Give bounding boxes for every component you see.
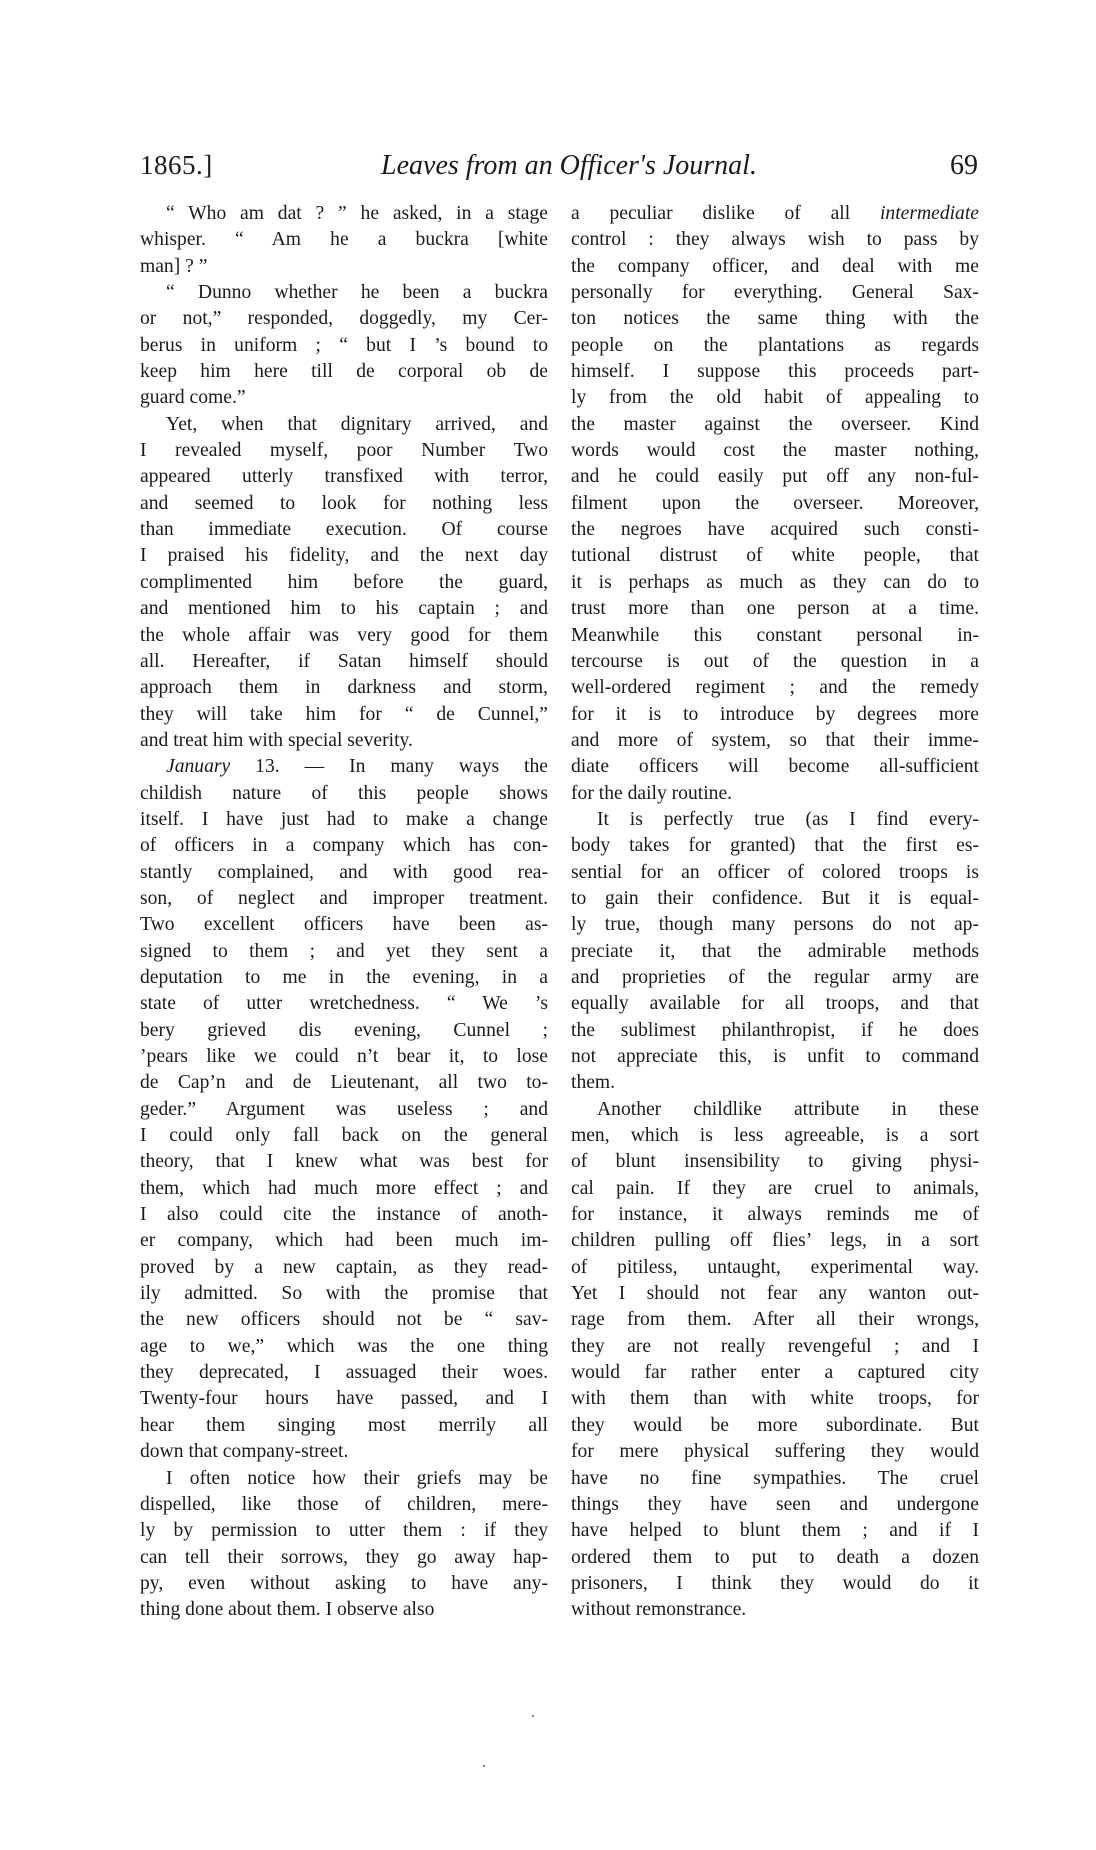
text-line: childish nature of this people shows <box>140 781 548 807</box>
text-line: they deprecated, I assuaged their woes. <box>140 1360 548 1386</box>
text-line: de Cap’n and de Lieutenant, all two to- <box>140 1070 548 1096</box>
text-line: rage from them. After all their wrongs, <box>571 1307 979 1333</box>
text-line: down that company-street. <box>140 1439 548 1465</box>
date-heading: January <box>166 756 230 777</box>
text-line: the company officer, and deal with me <box>571 254 979 280</box>
text-line: age to we,” which was the one thing <box>140 1334 548 1360</box>
text-line: stantly complained, and with good rea- <box>140 860 548 886</box>
text-line: trust more than one person at a time. <box>571 596 979 622</box>
text-line: have helped to blunt them ; and if I <box>571 1518 979 1544</box>
text-line: son, of neglect and improper treatment. <box>140 886 548 912</box>
text-line: keep him here till de corporal ob de <box>140 359 548 385</box>
text-line: Meanwhile this constant personal in- <box>571 623 979 649</box>
text-line: I could only fall back on the general <box>140 1123 548 1149</box>
text-line: control : they always wish to pass by <box>571 227 979 253</box>
text-line: of officers in a company which has con- <box>140 833 548 859</box>
text-line: or not,” responded, doggedly, my Cer- <box>140 306 548 332</box>
text-line: py, even without asking to have any- <box>140 1571 548 1597</box>
text-line: itself. I have just had to make a change <box>140 807 548 833</box>
running-header: 1865.] Leaves from an Officer's Journal.… <box>140 150 978 186</box>
text-line: children pulling off flies’ legs, in a s… <box>571 1228 979 1254</box>
text-line: proved by a new captain, as they read- <box>140 1255 548 1281</box>
emphasized-word: intermediate <box>880 203 979 224</box>
text-line: have no fine sympathies. The cruel <box>571 1466 979 1492</box>
text-line: geder.” Argument was useless ; and <box>140 1097 548 1123</box>
text-line: for the daily routine. <box>571 781 979 807</box>
text-line: men, which is less agreeable, is a sort <box>571 1123 979 1149</box>
page-number: 69 <box>950 150 978 182</box>
text-line: hear them singing most merrily all <box>140 1413 548 1439</box>
text-line: diate officers will become all-sufficien… <box>571 754 979 780</box>
text-line: the negroes have acquired such consti- <box>571 517 979 543</box>
text-line: sential for an officer of colored troops… <box>571 860 979 886</box>
left-column: “ Who am dat ? ” he asked, in a stagewhi… <box>140 201 548 1624</box>
text-line: for it is to introduce by degrees more <box>571 702 979 728</box>
text-line: guard come.” <box>140 385 548 411</box>
text-line: than immediate execution. Of course <box>140 517 548 543</box>
text-line: and seemed to look for nothing less <box>140 491 548 517</box>
text-line: deputation to me in the evening, in a <box>140 965 548 991</box>
text-line: prisoners, I think they would do it <box>571 1571 979 1597</box>
text-line: bery grieved dis evening, Cunnel ; <box>140 1018 548 1044</box>
text-line: they are not really revengeful ; and I <box>571 1334 979 1360</box>
text-line: tercourse is out of the question in a <box>571 649 979 675</box>
text-line: for mere physical suffering they would <box>571 1439 979 1465</box>
text-line: they would be more subordinate. But <box>571 1413 979 1439</box>
text-line: I also could cite the instance of anoth- <box>140 1202 548 1228</box>
text-line: I often notice how their griefs may be <box>140 1466 548 1492</box>
text-line: of pitiless, untaught, experimental way. <box>571 1255 979 1281</box>
text-line: tutional distrust of white people, that <box>571 543 979 569</box>
text-line: man] ? ” <box>140 254 548 280</box>
text-line: the master against the overseer. Kind <box>571 412 979 438</box>
text-line: would far rather enter a captured city <box>571 1360 979 1386</box>
text-line: personally for everything. General Sax- <box>571 280 979 306</box>
text-line: “ Who am dat ? ” he asked, in a stage <box>140 201 548 227</box>
text-line: and proprieties of the regular army are <box>571 965 979 991</box>
text-line: complimented him before the guard, <box>140 570 548 596</box>
scan-speck <box>532 1715 534 1717</box>
text-line: can tell their sorrows, they go away hap… <box>140 1545 548 1571</box>
text-line: Another childlike attribute in these <box>571 1097 979 1123</box>
text-line: ly from the old habit of appealing to <box>571 385 979 411</box>
text-line: things they have seen and undergone <box>571 1492 979 1518</box>
text-line: ily admitted. So with the promise that <box>140 1281 548 1307</box>
text-line: of blunt insensibility to giving physi- <box>571 1149 979 1175</box>
text-line: I praised his fidelity, and the next day <box>140 543 548 569</box>
text-line: ordered them to put to death a dozen <box>571 1545 979 1571</box>
text-line: appeared utterly transfixed with terror, <box>140 464 548 490</box>
text-line: it is perhaps as much as they can do to <box>571 570 979 596</box>
text-line: body takes for granted) that the first e… <box>571 833 979 859</box>
text-line: ly by permission to utter them : if they <box>140 1518 548 1544</box>
text-line: a peculiar dislike of all intermediate <box>571 201 979 227</box>
text-line: the sublimest philanthropist, if he does <box>571 1018 979 1044</box>
text-line: ly true, though many persons do not ap- <box>571 912 979 938</box>
text-line: thing done about them. I observe also <box>140 1597 548 1623</box>
text-line: and more of system, so that their imme- <box>571 728 979 754</box>
text-line: words would cost the master nothing, <box>571 438 979 464</box>
text-line: cal pain. If they are cruel to animals, <box>571 1176 979 1202</box>
text-line: filment upon the overseer. Moreover, <box>571 491 979 517</box>
text-line: “ Dunno whether he been a buckra <box>140 280 548 306</box>
text-line: without remonstrance. <box>571 1597 979 1623</box>
text-line: berus in uniform ; “ but I ’s bound to <box>140 333 548 359</box>
text-line: they will take him for “ de Cunnel,” <box>140 702 548 728</box>
text-line: approach them in darkness and storm, <box>140 675 548 701</box>
text-line: well-ordered regiment ; and the remedy <box>571 675 979 701</box>
text-line: the new officers should not be “ sav- <box>140 1307 548 1333</box>
text-line: them. <box>571 1070 979 1096</box>
right-column: a peculiar dislike of all intermediateco… <box>571 201 979 1624</box>
text-line: Two excellent officers have been as- <box>140 912 548 938</box>
text-line: It is perfectly true (as I find every- <box>571 807 979 833</box>
text-line: all. Hereafter, if Satan himself should <box>140 649 548 675</box>
text-line: and he could easily put off any non-ful- <box>571 464 979 490</box>
text-line: whisper. “ Am he a buckra [white <box>140 227 548 253</box>
text-line: I revealed myself, poor Number Two <box>140 438 548 464</box>
text-line: signed to them ; and yet they sent a <box>140 939 548 965</box>
text-line: equally available for all troops, and th… <box>571 991 979 1017</box>
text-line: to gain their confidence. But it is equa… <box>571 886 979 912</box>
text-line: dispelled, like those of children, mere- <box>140 1492 548 1518</box>
text-line: and treat him with special severity. <box>140 728 548 754</box>
text-line: ton notices the same thing with the <box>571 306 979 332</box>
text-line: ’pears like we could n’t bear it, to los… <box>140 1044 548 1070</box>
text-line: people on the plantations as regards <box>571 333 979 359</box>
text-line: not appreciate this, is unfit to command <box>571 1044 979 1070</box>
text-line: preciate it, that the admirable methods <box>571 939 979 965</box>
text-line: for instance, it always reminds me of <box>571 1202 979 1228</box>
text-line: theory, that I knew what was best for <box>140 1149 548 1175</box>
text-line: with them than with white troops, for <box>571 1386 979 1412</box>
text-line: Yet I should not fear any wanton out- <box>571 1281 979 1307</box>
text-line: Yet, when that dignitary arrived, and <box>140 412 548 438</box>
text-line: the whole affair was very good for them <box>140 623 548 649</box>
text-line: January 13. — In many ways the <box>140 754 548 780</box>
text-line: them, which had much more effect ; and <box>140 1176 548 1202</box>
header-title: Leaves from an Officer's Journal. <box>140 150 978 182</box>
text-line: and mentioned him to his captain ; and <box>140 596 548 622</box>
scan-speck <box>483 1765 485 1767</box>
text-line: himself. I suppose this proceeds part- <box>571 359 979 385</box>
text-line: state of utter wretchedness. “ We ’s <box>140 991 548 1017</box>
text-line: Twenty-four hours have passed, and I <box>140 1386 548 1412</box>
text-line: er company, which had been much im- <box>140 1228 548 1254</box>
